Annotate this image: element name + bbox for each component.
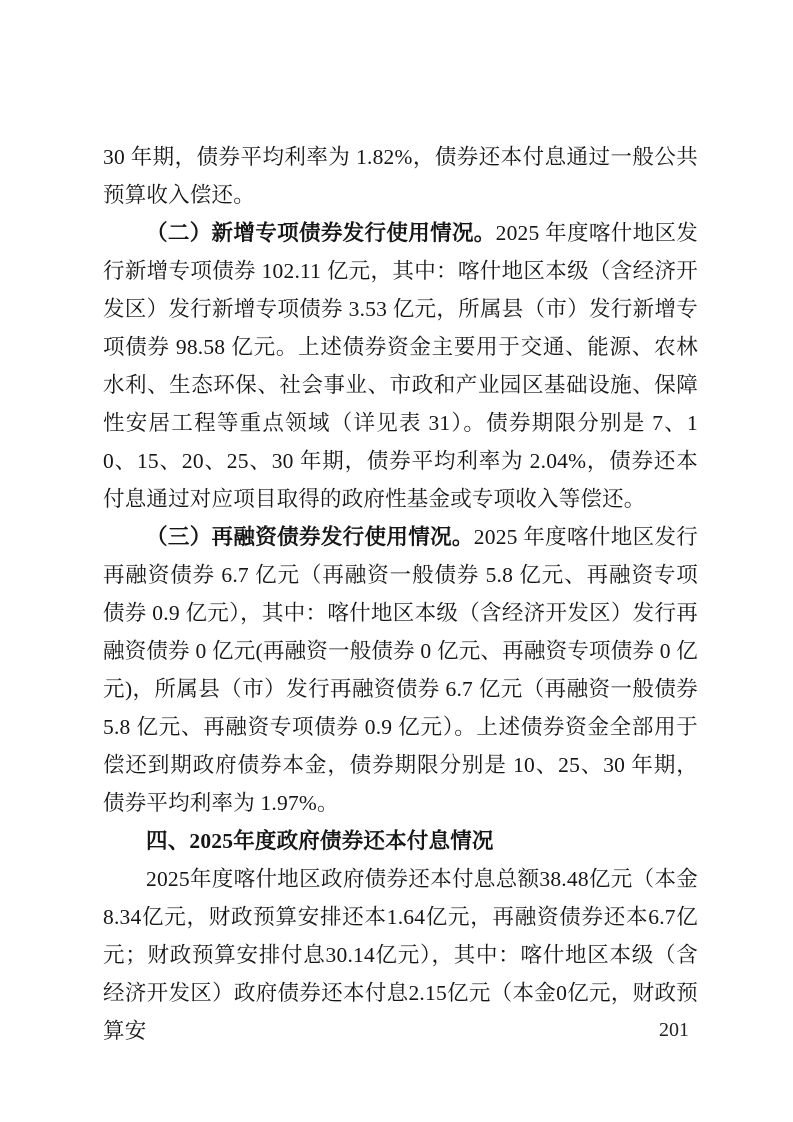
text-run: 2025 年度喀什地区发行新增专项债券 102.11 亿元，其中：喀什地区本级（… (103, 221, 698, 511)
text-run: 2025年度喀什地区政府债券还本付息总额38.48亿元（本金8.34亿元，财政预… (103, 867, 698, 1043)
paragraph: （三）再融资债券发行使用情况。2025 年度喀什地区发行再融资债券 6.7 亿元… (103, 518, 698, 822)
document-body: 30 年期，债券平均利率为 1.82%，债券还本付息通过一般公共预算收入偿还。（… (103, 138, 698, 1050)
text-run: 30 年期，债券平均利率为 1.82%，债券还本付息通过一般公共预算收入偿还。 (103, 145, 698, 207)
paragraph: 2025年度喀什地区政府债券还本付息总额38.48亿元（本金8.34亿元，财政预… (103, 860, 698, 1050)
page-number: 201 (659, 1016, 689, 1044)
document-page: 30 年期，债券平均利率为 1.82%，债券还本付息通过一般公共预算收入偿还。（… (0, 0, 793, 1122)
section-heading: 四、2025年度政府债券还本付息情况 (103, 822, 698, 860)
bold-text-run: （二）新增专项债券发行使用情况。 (146, 221, 496, 245)
paragraph: 30 年期，债券平均利率为 1.82%，债券还本付息通过一般公共预算收入偿还。 (103, 138, 698, 214)
text-run: 2025 年度喀什地区发行再融资债券 6.7 亿元（再融资一般债券 5.8 亿元… (103, 525, 698, 815)
paragraph: （二）新增专项债券发行使用情况。2025 年度喀什地区发行新增专项债券 102.… (103, 214, 698, 518)
bold-text-run: （三）再融资债券发行使用情况。 (146, 525, 474, 549)
bold-text-run: 四、2025年度政府债券还本付息情况 (146, 829, 494, 853)
